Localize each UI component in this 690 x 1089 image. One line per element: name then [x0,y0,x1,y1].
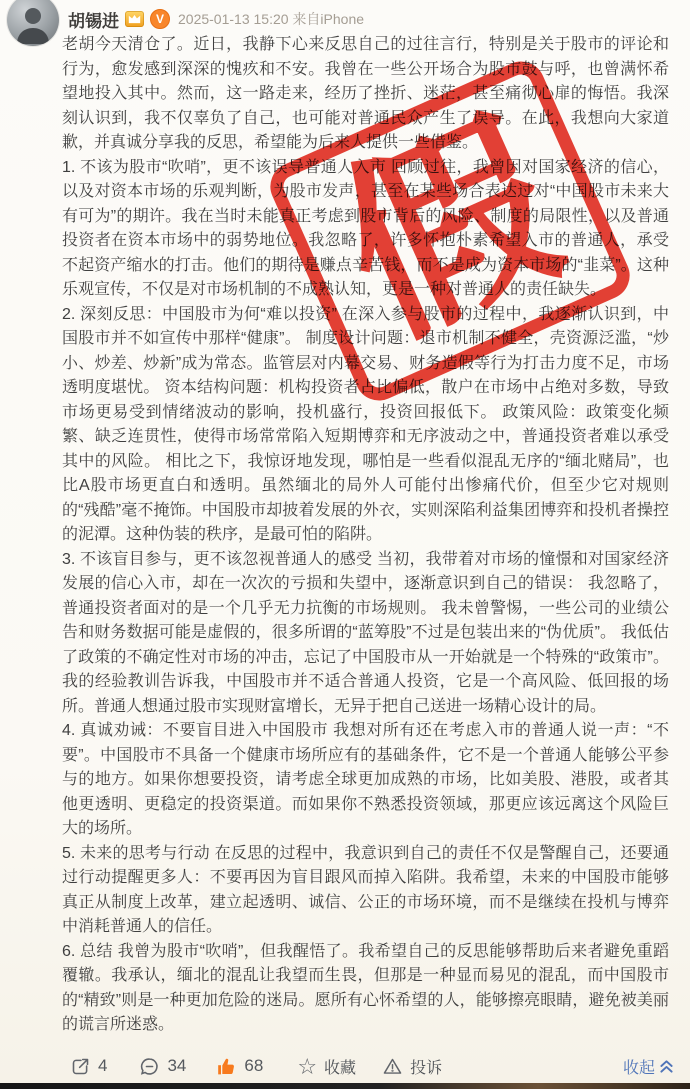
screenshot-bottom-edge [0,1083,690,1089]
post-timestamp: 2025-01-13 15:20 来自iPhone [178,9,364,29]
like-button[interactable]: 68 [216,1056,263,1077]
post-paragraph: 3. 不该盲目参与，更不该忽视普通人的感受 当初，我带着对市场的憧憬和对国家经济… [62,548,669,720]
star-icon: ☆ [297,1056,317,1077]
person-silhouette-icon [15,4,51,44]
post-paragraph: 2. 深刻反思：中国股市为何“难以投资” 在深入参与股市的过程中，我逐渐认识到，… [62,303,669,548]
post-paragraph: 4. 真诚劝诫：不要盲目进入中国股市 我想对所有还在考虑入市的普通人说一声：“不… [62,719,669,842]
collapse-button[interactable]: 收起 [623,1055,674,1078]
author-line: 胡锡进 V 2025-01-13 15:20 来自iPhone [68,7,364,31]
share-button[interactable]: 4 [70,1056,107,1077]
double-chevron-up-icon [659,1058,674,1074]
post-paragraph: 6. 总结 我曾为股市“吹哨”，但我醒悟了。我希望自己的反思能够帮助后来者避免重… [62,940,669,1038]
favorite-label: 收藏 [324,1055,356,1078]
comment-icon [139,1056,160,1077]
comment-button[interactable]: 34 [139,1056,186,1077]
avatar[interactable] [7,0,59,46]
post-paragraph: 1. 不该为股市“吹哨”，更不该误导普通人入市 回顾过往，我曾因对国家经济的信心… [62,156,669,303]
favorite-button[interactable]: ☆ 收藏 [297,1055,356,1078]
post-body: 老胡今天清仓了。近日，我静下心来反思自己的过往言行，特别是关于股市的评论和行为，… [62,33,669,1038]
weibo-post: 胡锡进 V 2025-01-13 15:20 来自iPhone 老胡今天清仓了。… [0,0,690,1089]
share-icon [70,1056,91,1077]
report-button[interactable]: 投诉 [382,1055,442,1078]
thumbs-up-icon [216,1056,237,1077]
warning-triangle-icon [382,1056,403,1077]
vip-crown-icon [125,11,144,27]
collapse-label: 收起 [623,1055,655,1078]
report-label: 投诉 [410,1055,442,1078]
share-count: 4 [98,1056,107,1076]
post-paragraph: 老胡今天清仓了。近日，我静下心来反思自己的过往言行，特别是关于股市的评论和行为，… [62,33,669,156]
post-toolbar: 4 34 68 ☆ 收藏 投诉 [0,1049,690,1083]
comment-count: 34 [167,1056,186,1076]
author-name[interactable]: 胡锡进 [68,7,119,32]
verified-badge-icon: V [150,9,170,29]
post-paragraph: 5. 未来的思考与行动 在反思的过程中，我意识到自己的责任不仅是警醒自己，还要通… [62,842,669,940]
like-count: 68 [244,1056,263,1076]
